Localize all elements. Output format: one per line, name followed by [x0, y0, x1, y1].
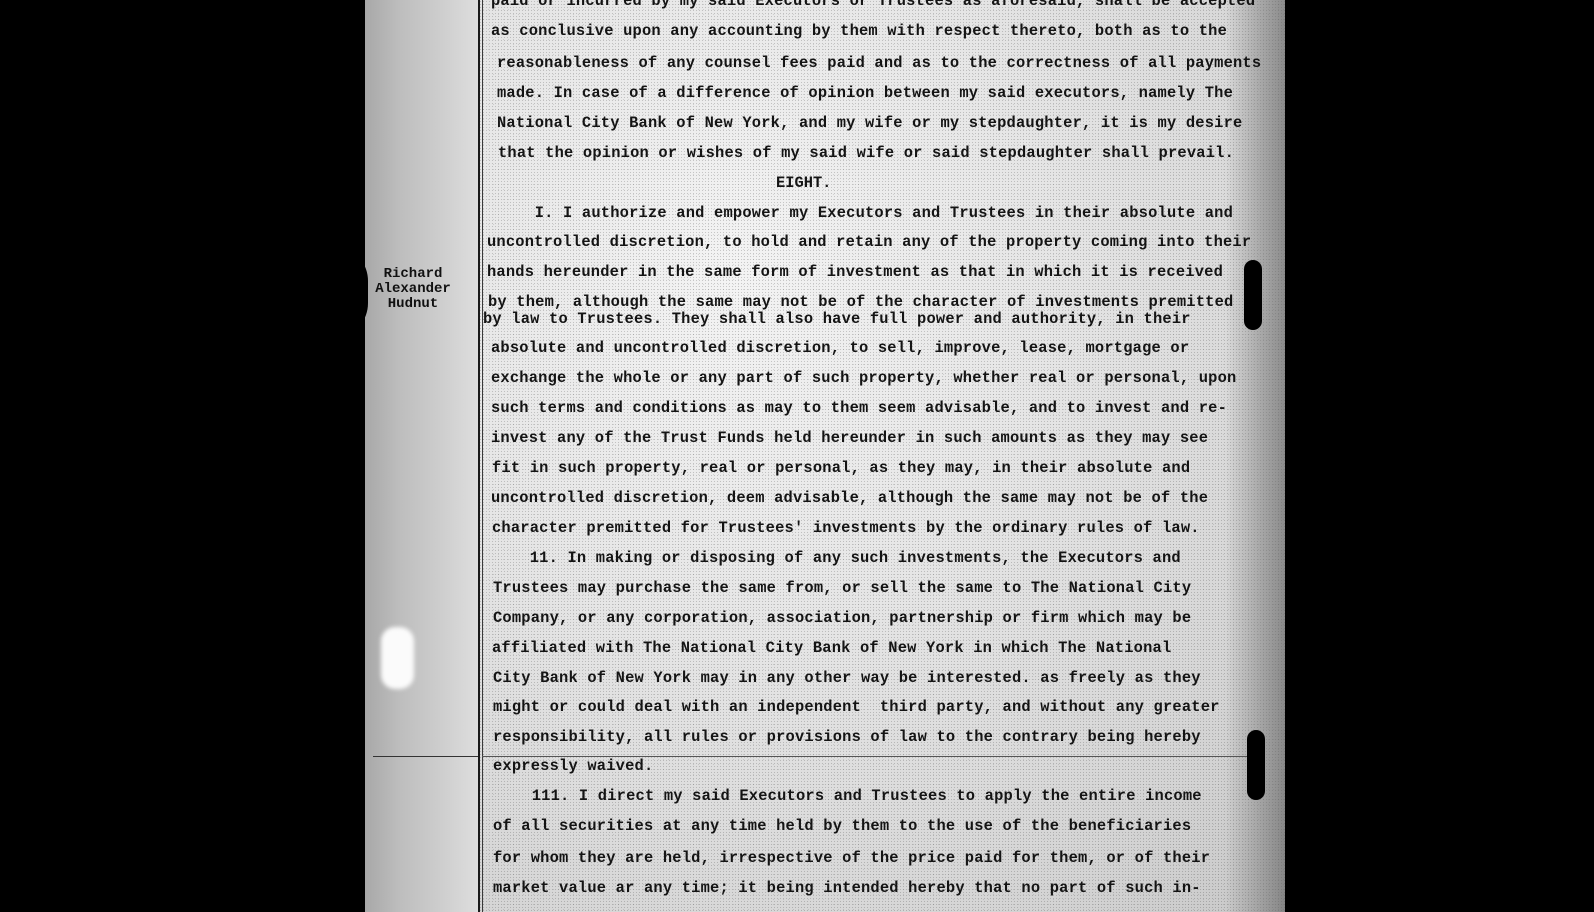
- text-line: that the opinion or wishes of my said wi…: [498, 144, 1234, 162]
- margin-note-line: Alexander: [368, 282, 458, 297]
- text-line: expressly waived.: [493, 757, 653, 775]
- text-line: for whom they are held, irrespective of …: [493, 849, 1210, 867]
- text-line: made. In case of a difference of opinion…: [497, 84, 1233, 102]
- margin-rule-inner: [482, 0, 483, 912]
- text-line: fit in such property, real or personal, …: [492, 459, 1190, 477]
- text-line: uncontrolled discretion, to hold and ret…: [487, 233, 1251, 251]
- text-line: uncontrolled discretion, deem advisable,…: [491, 489, 1208, 507]
- section-divider-left: [373, 756, 478, 757]
- binding-punch-hole-top: [1244, 260, 1262, 330]
- margin-note-line: Hudnut: [368, 297, 458, 312]
- section-heading: EIGHT.: [776, 174, 831, 192]
- text-line: paid or incurred by my said Executors or…: [491, 0, 1255, 10]
- text-line: exchange the whole or any part of such p…: [491, 369, 1236, 387]
- text-line: hands hereunder in the same form of inve…: [487, 263, 1223, 281]
- margin-note-line: Richard: [368, 267, 458, 282]
- text-line: invest any of the Trust Funds held hereu…: [491, 429, 1208, 447]
- text-line: responsibility, all rules or provisions …: [493, 728, 1201, 746]
- text-line: 11. In making or disposing of any such i…: [492, 549, 1181, 567]
- binding-tab-notch: [338, 248, 368, 336]
- text-line: reasonableness of any counsel fees paid …: [497, 54, 1261, 72]
- text-line: as conclusive upon any accounting by the…: [491, 22, 1227, 40]
- left-margin-column: [365, 0, 478, 912]
- text-line: affiliated with The National City Bank o…: [492, 639, 1171, 657]
- text-line: such terms and conditions as may to them…: [491, 399, 1227, 417]
- text-line: 111. I direct my said Executors and Trus…: [494, 787, 1202, 805]
- binding-punch-hole-bottom: [1247, 730, 1265, 800]
- margin-rule: [478, 0, 480, 912]
- text-line: absolute and uncontrolled discretion, to…: [491, 339, 1189, 357]
- text-line: by law to Trustees. They shall also have…: [483, 310, 1191, 328]
- text-line: Company, or any corporation, association…: [493, 609, 1191, 627]
- text-line: by them, although the same may not be of…: [488, 293, 1233, 311]
- text-line: Trustees may purchase the same from, or …: [493, 579, 1191, 597]
- text-line: National City Bank of New York, and my w…: [497, 114, 1242, 132]
- text-line: market value ar any time; it being inten…: [493, 879, 1201, 897]
- text-line: of all securities at any time held by th…: [493, 817, 1191, 835]
- text-line: might or could deal with an independent …: [493, 698, 1220, 716]
- scan-blot: [381, 627, 414, 689]
- margin-note-testator-name: Richard Alexander Hudnut: [368, 267, 458, 312]
- text-line: I. I authorize and empower my Executors …: [497, 204, 1233, 222]
- scanned-page: [365, 0, 1285, 912]
- text-line: City Bank of New York may in any other w…: [493, 669, 1201, 687]
- document-viewer: Richard Alexander Hudnut EIGHT. paid or …: [0, 0, 1594, 912]
- text-line: character premitted for Trustees' invest…: [492, 519, 1200, 537]
